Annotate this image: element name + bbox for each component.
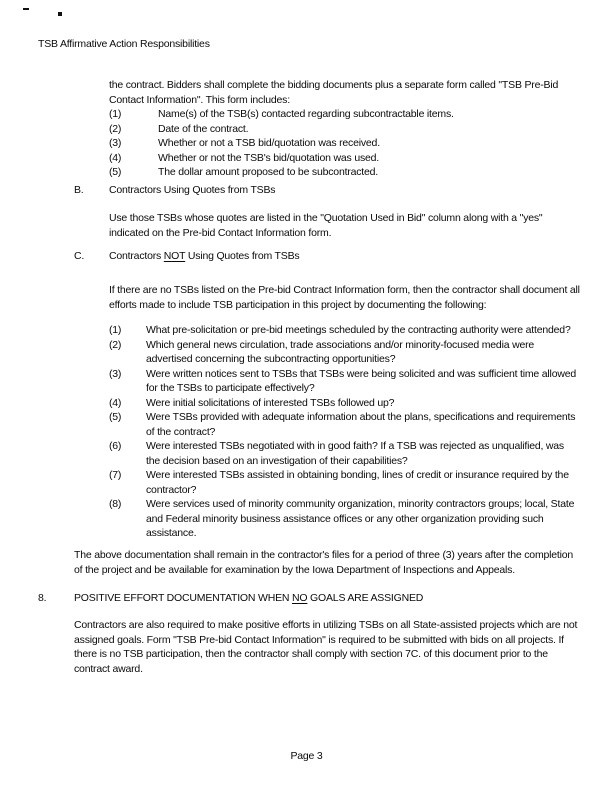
list-item: (1) Name(s) of the TSB(s) contacted rega…: [109, 107, 581, 122]
item-text: Were TSBs provided with adequate informa…: [146, 410, 579, 439]
item-number: (3): [109, 136, 158, 151]
list-item: (4) Were initial solicitations of intere…: [109, 396, 579, 411]
section-title-text: GOALS ARE ASSIGNED: [307, 592, 423, 604]
section-letter: C.: [74, 249, 109, 264]
section-c-heading: C. Contractors NOT Using Quotes from TSB…: [74, 249, 584, 264]
page-number: Page 3: [0, 749, 613, 764]
section-c-paragraph: If there are no TSBs listed on the Pre-b…: [109, 283, 587, 312]
list-item: (3) Whether or not a TSB bid/quotation w…: [109, 136, 581, 151]
list-item: (8) Were services used of minority commu…: [109, 497, 579, 541]
item-text: The dollar amount proposed to be subcont…: [158, 165, 581, 180]
item-number: (2): [109, 338, 146, 353]
section-8-paragraph: Contractors are also required to make po…: [74, 618, 582, 676]
item-text: Were interested TSBs negotiated with in …: [146, 439, 579, 468]
list-item: (7) Were interested TSBs assisted in obt…: [109, 468, 579, 497]
item-text: Were initial solicitations of interested…: [146, 396, 579, 411]
item-number: (8): [109, 497, 146, 512]
item-text: Were interested TSBs assisted in obtaini…: [146, 468, 579, 497]
list-item: (3) Were written notices sent to TSBs th…: [109, 367, 579, 396]
item-text: Were services used of minority community…: [146, 497, 579, 541]
item-number: (5): [109, 165, 158, 180]
scan-artifact-dot: [58, 12, 62, 16]
item-text: What pre-solicitation or pre-bid meeting…: [146, 323, 579, 338]
section-8-heading: 8. POSITIVE EFFORT DOCUMENTATION WHEN NO…: [38, 591, 583, 606]
list-item: (6) Were interested TSBs negotiated with…: [109, 439, 579, 468]
section-title-underlined: NOT: [164, 250, 185, 262]
document-header: TSB Affirmative Action Responsibilities: [38, 37, 210, 52]
prebid-form-contents-list: (1) Name(s) of the TSB(s) contacted rega…: [109, 107, 581, 180]
item-text: Date of the contract.: [158, 122, 581, 137]
item-number: (7): [109, 468, 146, 483]
list-item: (5) Were TSBs provided with adequate inf…: [109, 410, 579, 439]
section-number: 8.: [38, 591, 74, 606]
item-number: (5): [109, 410, 146, 425]
scanned-document-page: TSB Affirmative Action Responsibilities …: [0, 0, 613, 800]
list-item: (5) The dollar amount proposed to be sub…: [109, 165, 581, 180]
item-text: Name(s) of the TSB(s) contacted regardin…: [158, 107, 581, 122]
list-item: (4) Whether or not the TSB's bid/quotati…: [109, 151, 581, 166]
section-title-text: Contractors: [109, 250, 164, 262]
item-text: Whether or not a TSB bid/quotation was r…: [158, 136, 581, 151]
list-item: (2) Which general news circulation, trad…: [109, 338, 579, 367]
section-b-heading: B. Contractors Using Quotes from TSBs: [74, 183, 584, 198]
list-item: (2) Date of the contract.: [109, 122, 581, 137]
positive-effort-documentation-list: (1) What pre-solicitation or pre-bid mee…: [109, 323, 579, 541]
item-number: (6): [109, 439, 146, 454]
section-title: Contractors NOT Using Quotes from TSBs: [109, 249, 299, 264]
item-number: (4): [109, 396, 146, 411]
section-letter: B.: [74, 183, 109, 198]
item-number: (3): [109, 367, 146, 382]
item-number: (1): [109, 323, 146, 338]
retention-paragraph: The above documentation shall remain in …: [74, 548, 580, 577]
section-title-text: POSITIVE EFFORT DOCUMENTATION WHEN: [74, 592, 292, 604]
item-number: (1): [109, 107, 158, 122]
scan-artifact-dash: [23, 8, 29, 10]
item-text: Which general news circulation, trade as…: [146, 338, 579, 367]
section-title: POSITIVE EFFORT DOCUMENTATION WHEN NO GO…: [74, 591, 423, 606]
item-text: Whether or not the TSB's bid/quotation w…: [158, 151, 581, 166]
list-item: (1) What pre-solicitation or pre-bid mee…: [109, 323, 579, 338]
intro-paragraph: the contract. Bidders shall complete the…: [109, 78, 579, 107]
section-title-text: Contractors Using Quotes from TSBs: [109, 184, 275, 196]
item-number: (4): [109, 151, 158, 166]
section-title: Contractors Using Quotes from TSBs: [109, 183, 275, 198]
section-title-text: Using Quotes from TSBs: [185, 250, 299, 262]
section-b-paragraph: Use those TSBs whose quotes are listed i…: [109, 211, 581, 240]
section-title-underlined: NO: [292, 592, 307, 604]
item-text: Were written notices sent to TSBs that T…: [146, 367, 579, 396]
item-number: (2): [109, 122, 158, 137]
